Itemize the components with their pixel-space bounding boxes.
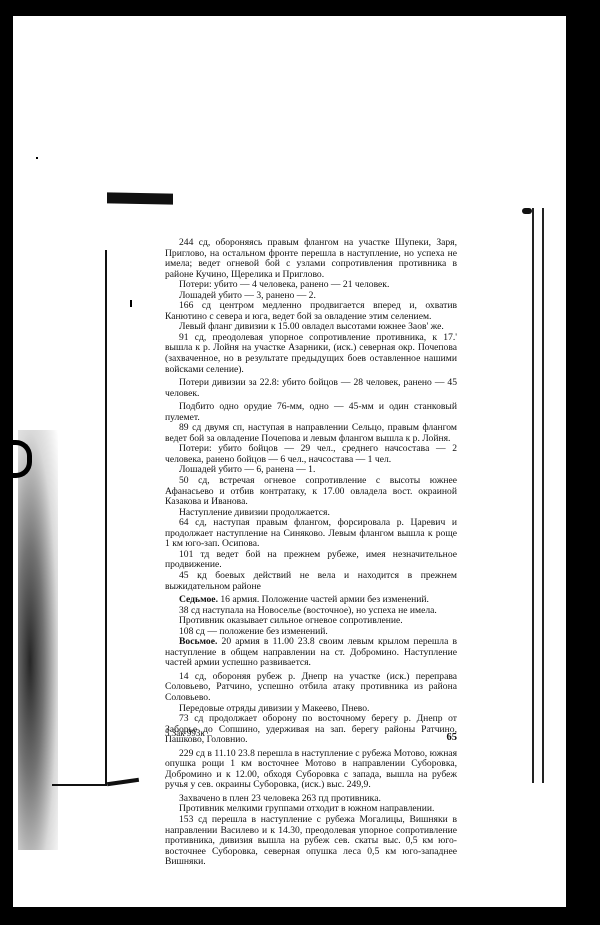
page-footer: 5 Зак 993к 65 [165,728,457,743]
paragraph: Восьмое. 20 армия в 11.00 23.8 своим лев… [165,637,457,669]
paragraph: 229 сд в 11.10 23.8 перешла в наступлени… [165,749,457,791]
paragraph: Потери: убито бойцов — 29 чел., среднего… [165,444,457,465]
page-edge-right-line [542,208,544,783]
page-number: 65 [447,732,458,743]
paragraph-text: Подбито одно орудие 76-мм, одно — 45-мм … [165,401,457,423]
paragraph-text: 89 сд двумя сп, наступая в направлении С… [165,422,457,444]
paragraph-text: 64 сд, наступая правым флангом, форсиров… [165,517,457,549]
paragraph: 244 сд, обороняясь правым флангом на уча… [165,238,457,280]
paragraph-text: 166 сд центром медленно продвигается впе… [165,300,457,322]
paragraph-text: Противник мелкими группами отходит в южн… [179,803,434,814]
paragraph: 45 кд боевых действий не вела и находитс… [165,571,457,592]
paragraph: 166 сд центром медленно продвигается впе… [165,301,457,322]
paragraph-text: Потери: убито — 4 человека, ранено — 21 … [179,279,389,290]
paragraph-text: 16 армия. Положение частей армии без изм… [218,594,429,605]
paragraph: 91 сд, преодолевая упорное сопротивление… [165,333,457,375]
paragraph: Подбито одно орудие 76-мм, одно — 45-мм … [165,402,457,423]
paragraph: 101 тд ведет бой на прежнем рубеже, имея… [165,550,457,571]
paragraph-text: Захвачено в плен 23 человека 263 пд прот… [179,793,381,804]
paragraph-text: Наступление дивизии продолжается. [179,507,330,518]
speck [150,10,152,12]
section-lead: Восьмое. [179,636,217,647]
speck [495,9,498,12]
paragraph: Потери дивизии за 22.8: убито бойцов — 2… [165,378,457,399]
paragraph-text: 14 сд, обороняя рубеж р. Днепр на участк… [165,671,457,703]
section-lead: Седьмое. [179,594,218,605]
page-edge-bottom-line [52,784,107,786]
paragraph-text: Левый фланг дивизии к 15.00 овладел высо… [179,321,444,332]
paragraph-text: 45 кд боевых действий не вела и находитс… [165,570,457,592]
scan-artifact-bar [107,192,173,204]
paragraph-text: 101 тд ведет бой на прежнем рубеже, имея… [165,549,457,571]
paragraph-text: 229 сд в 11.10 23.8 перешла в наступлени… [165,748,457,791]
paragraph: 153 сд перешла в наступление с рубежа Мо… [165,815,457,868]
speck [36,157,38,159]
paragraph-text: Потери: убито бойцов — 29 чел., среднего… [165,443,457,465]
paragraph-text: Противник оказывает сильное огневое сопр… [179,615,403,626]
speck [130,300,132,307]
paragraph-text: Лошадей убито — 3, ранено — 2. [179,290,316,301]
paragraph-text: 153 сд перешла в наступление с рубежа Мо… [165,814,457,867]
scan-artifact-blot [522,208,532,214]
paragraph-text: 244 сд, обороняясь правым флангом на уча… [165,237,457,280]
scan-shadow [18,430,58,850]
paragraph: 14 сд, обороняя рубеж р. Днепр на участк… [165,672,457,704]
page-edge-right-line [532,208,534,783]
printing-signature: 5 Зак 993к [165,728,205,743]
paragraph-text: 91 сд, преодолевая упорное сопротивление… [165,332,457,375]
paragraph-text: Лошадей убито — 6, ранена — 1. [179,464,315,475]
paragraph: 89 сд двумя сп, наступая в направлении С… [165,423,457,444]
paragraph-text: 38 сд наступала на Новоселье (восточное)… [179,605,437,616]
document-body: 244 сд, обороняясь правым флангом на уча… [165,238,457,868]
paragraph-text: 108 сд — положение без изменений. [179,626,328,637]
page-edge-left-line [105,250,107,785]
paragraph-text: 50 сд, встречая огневое сопротивление с … [165,475,457,507]
paragraph-text: Передовые отряды дивизии у Макеево, Пнев… [179,703,369,714]
paragraph: 64 сд, наступая правым флангом, форсиров… [165,518,457,550]
paragraph: 50 сд, встречая огневое сопротивление с … [165,476,457,508]
paragraph-text: Потери дивизии за 22.8: убито бойцов — 2… [165,377,457,399]
